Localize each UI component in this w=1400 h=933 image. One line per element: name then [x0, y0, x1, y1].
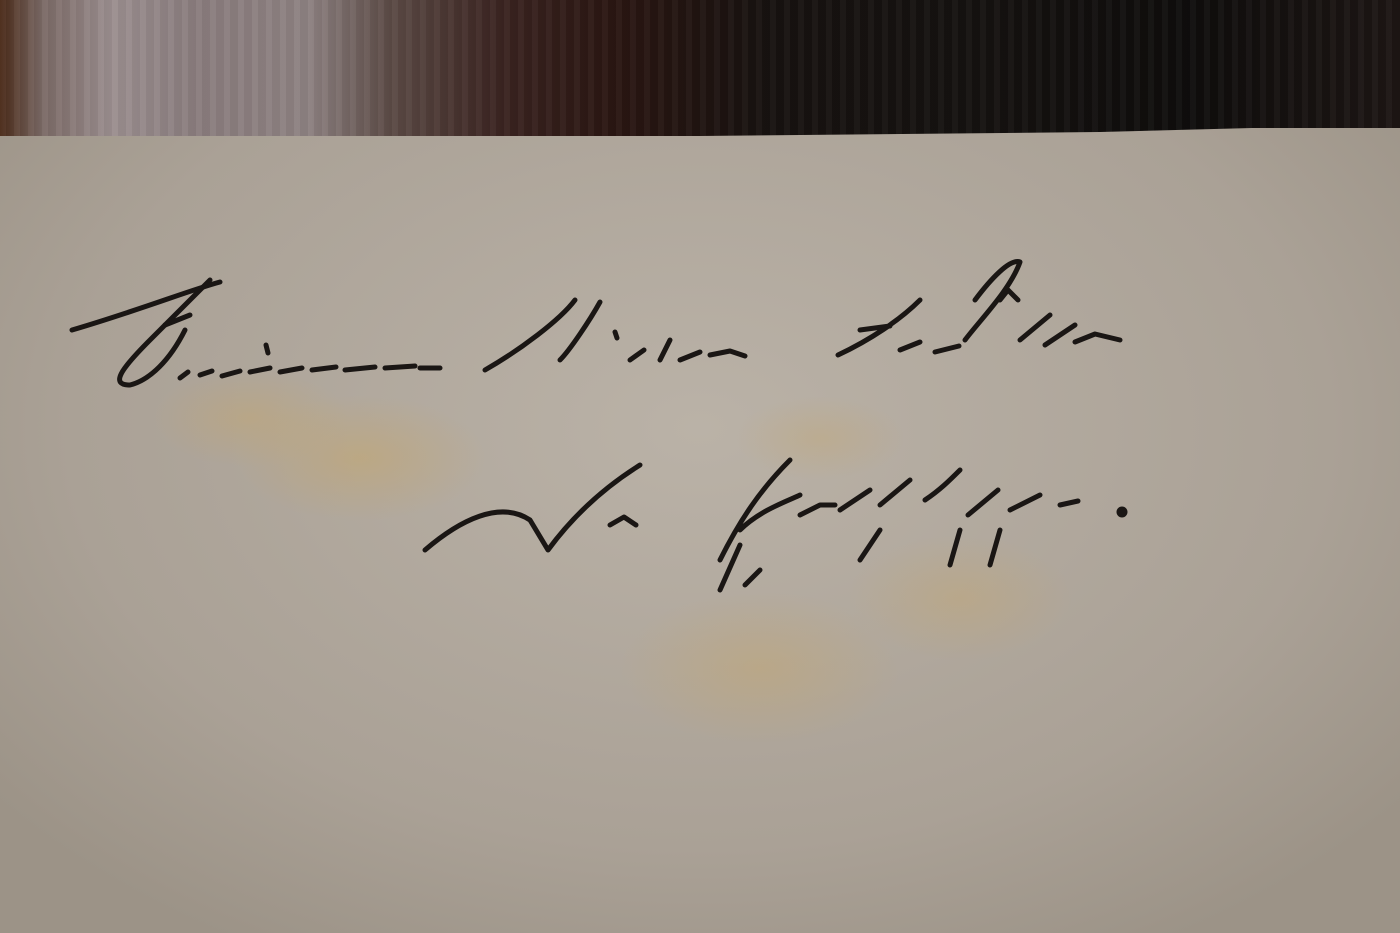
handwritten-inscription — [0, 0, 1400, 933]
inscription-line-2 — [425, 460, 1125, 590]
inscription-line-1 — [72, 262, 1120, 385]
